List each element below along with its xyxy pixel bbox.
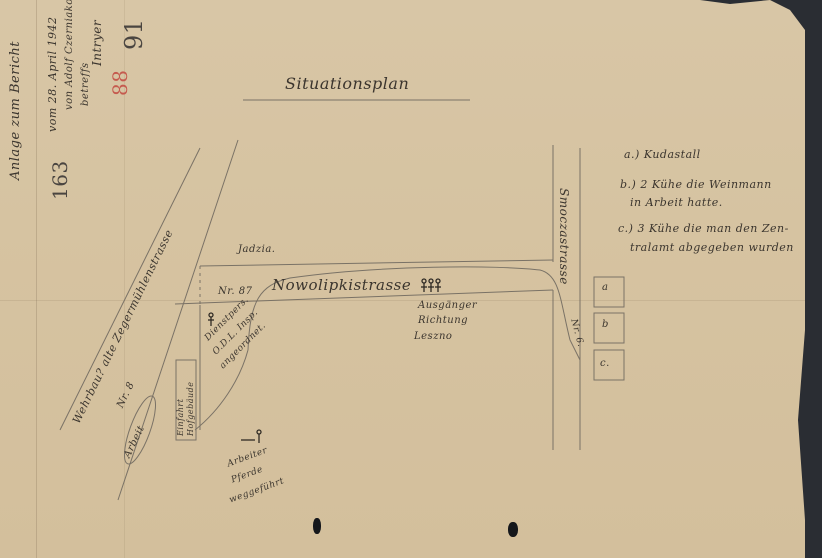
group-label-line3: Leszno [414, 331, 452, 342]
box-a-label: a [602, 282, 608, 293]
legend-c-line2: tralamt abgegeben wurden [630, 241, 794, 254]
document-page: Anlage zum Bericht vom 28. April 1942 vo… [0, 0, 805, 558]
group-label-line1: Ausgänger [418, 300, 477, 311]
punch-hole [508, 522, 518, 537]
box-c-label: c. [600, 358, 610, 369]
label-house-87: Nr. 87 [218, 286, 253, 297]
legend-b-line1: b.) 2 Kühe die Weinmann [620, 178, 772, 191]
legend-c-line1: c.) 3 Kühe die man den Zen- [618, 222, 789, 235]
street-nowolipki: Nowolipkistrasse [272, 276, 411, 294]
punch-hole [313, 518, 321, 534]
box-b-label: b [602, 319, 609, 330]
left-box-line2: Hofgebäude [186, 381, 195, 436]
left-box-line1: Einfahrt [176, 399, 185, 436]
group-label-line2: Richtung [418, 315, 468, 326]
label-jadzia: Jadzia. [238, 244, 275, 255]
legend-a: a.) Kudastall [624, 148, 701, 161]
legend-b-line2: in Arbeit hatte. [630, 196, 723, 209]
street-smocza: Smoczastrasse [557, 188, 571, 285]
